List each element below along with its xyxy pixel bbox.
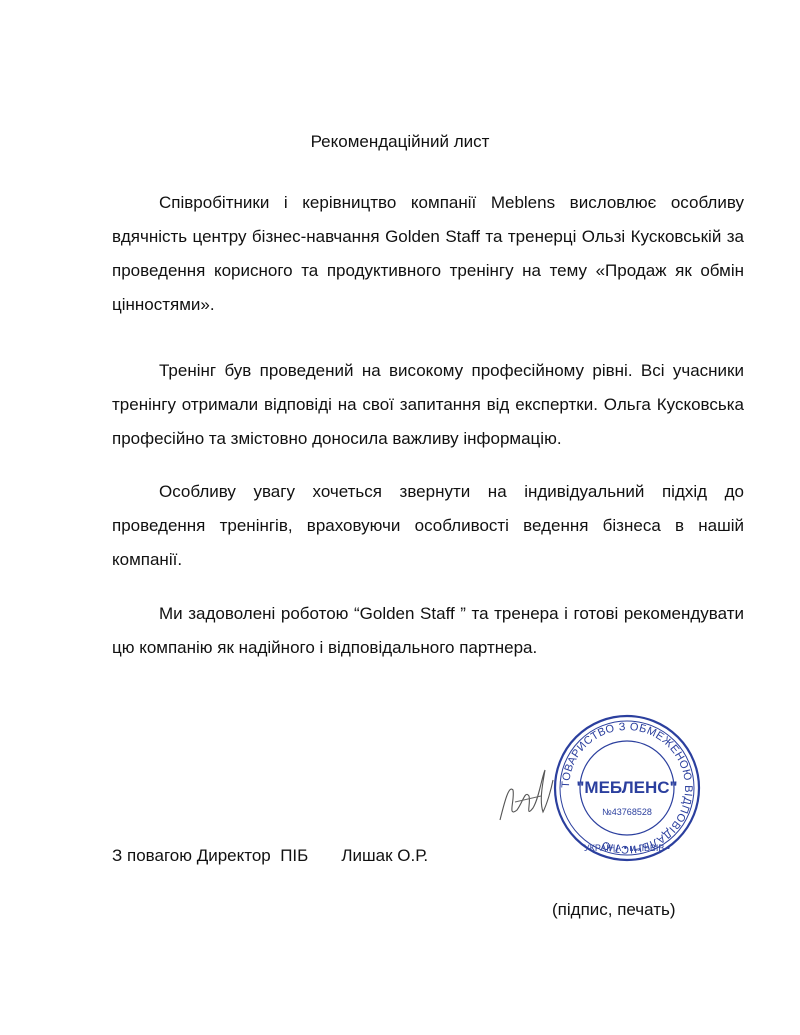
stamp-bottom-text: УКРАЇНА • м.ЛЬВІВ •: [584, 843, 670, 853]
paragraph-4: Ми задоволені роботою “Golden Staff ” та…: [112, 597, 744, 665]
paragraph-3: Особливу увагу хочеться звернути на інди…: [112, 475, 744, 577]
paragraph-1: Співробітники і керівництво компанії Meb…: [112, 186, 744, 322]
signature-line: З повагою Директор ПІБ Лишак О.Р.: [112, 846, 428, 866]
stamp-company-name: "МЕБЛЕНС": [576, 778, 677, 797]
letter-title: Рекомендаційний лист: [0, 132, 800, 152]
stamp-number: №43768528: [602, 807, 652, 817]
handwritten-signature-icon: [495, 760, 555, 825]
company-stamp-icon: ТОВАРИСТВО З ОБМЕЖЕНОЮ ВІДПОВІДАЛЬНІСТЮ …: [552, 713, 702, 863]
signature-note: (підпис, печать): [552, 900, 676, 920]
paragraph-2: Тренінг був проведений на високому профе…: [112, 354, 744, 456]
